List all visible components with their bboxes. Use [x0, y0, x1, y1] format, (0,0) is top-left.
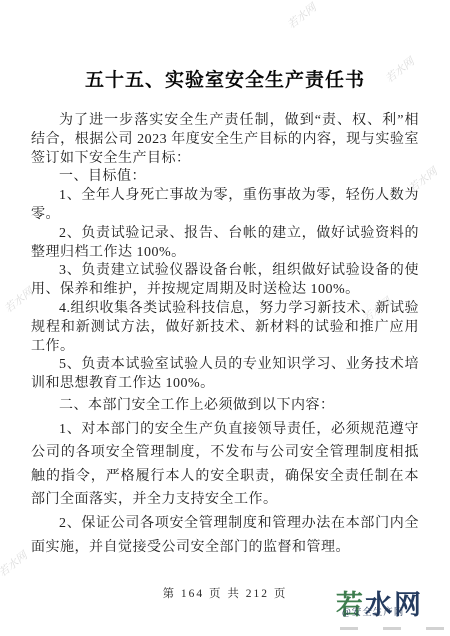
paragraph-item-2: 2、负责试验记录、报告、台帐的建立，做好试验资料的整理归档工作达 100%。	[31, 225, 419, 263]
paragraph-item-1: 1、全年人身死亡事故为零，重伤事故为零，轻伤人数为零。	[31, 187, 419, 225]
paragraph-intro: 为了进一步落实安全生产责任制，做到“责、权、利”相结合，根据公司 2023 年度…	[31, 112, 419, 168]
logo-caption-marks	[340, 627, 444, 630]
paragraph-item-3: 3、负责建立试验仪器设备台帐，组织做好试验设备的使用、保养和维护，并按规定周期及…	[31, 262, 419, 300]
document-page: 若水网 若水网 若水网 若水网 若水网 若水网 五十五、实验室安全生产责任书 为…	[0, 0, 450, 636]
paragraph-section-1: 一、目标值：	[31, 168, 419, 187]
paragraph-item-4: 4.组织收集各类试验科技信息，努力学习新技术、新试验规程和新测试方法，做好新技术…	[31, 300, 419, 356]
paragraph-item-5: 5、负责本试验室试验人员的专业知识学习、业务技术培训和思想教育工作达 100%。	[31, 356, 419, 394]
paragraph-section-2: 二、本部门安全工作上必须做到以下内容：	[31, 394, 419, 418]
paragraph-section2-item-1: 1、对本部门的安全生产负直接领导责任，必须规范遵守公司的各项安全管理制度，不发布…	[31, 418, 419, 512]
site-logo-overlay-text: @安全生产网	[342, 604, 404, 618]
site-logo-watermark: 若水网 @安全生产网	[336, 590, 448, 630]
page-title: 五十五、实验室安全生产责任书	[0, 0, 450, 94]
document-body: 为了进一步落实安全生产责任制，做到“责、权、利”相结合，根据公司 2023 年度…	[0, 112, 450, 559]
paragraph-section2-item-2: 2、保证公司各项安全管理制度和管理办法在本部门内全面实施，并自觉接受公司安全部门…	[31, 512, 419, 559]
